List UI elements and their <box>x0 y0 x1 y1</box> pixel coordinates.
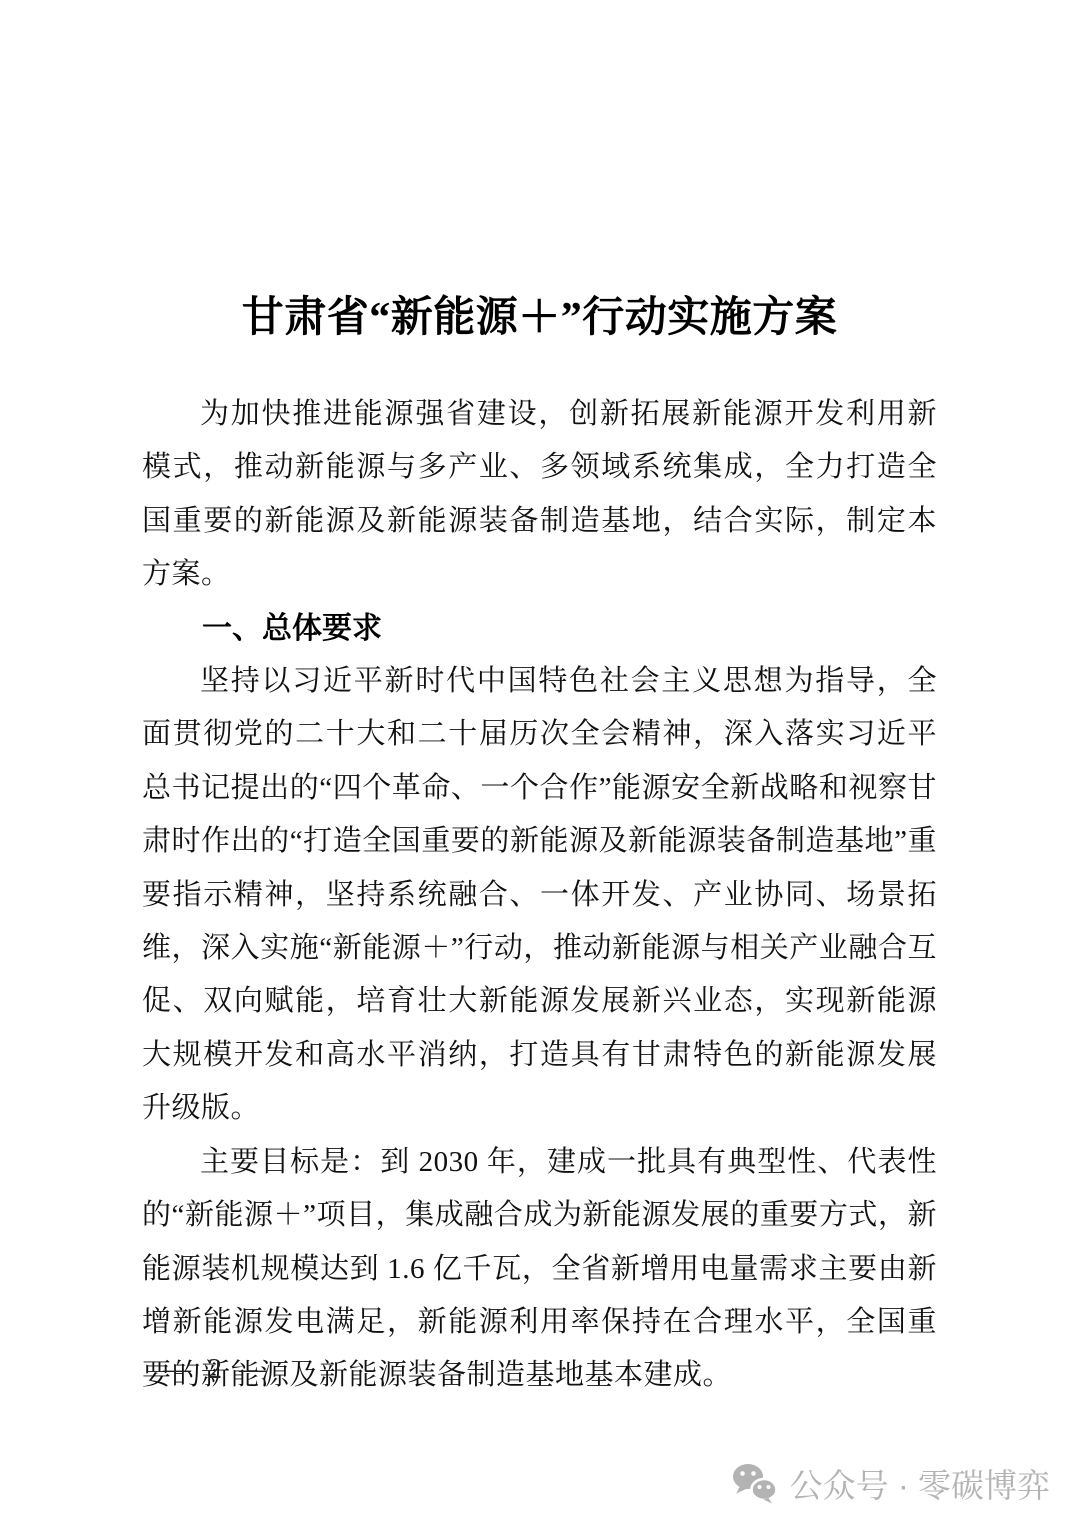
watermark: 公众号 · 零碳博弈 <box>732 1460 1050 1507</box>
section-heading-overall-requirements: 一、总体要求 <box>142 602 937 655</box>
watermark-label: 公众号 · 零碳博弈 <box>790 1460 1050 1507</box>
document-content: 甘肃省“新能源＋”行动实施方案 为加快推进能源强省建设，创新拓展新能源开发利用新… <box>142 290 937 1403</box>
page-number: — 2 — <box>163 1353 267 1387</box>
document-page: 甘肃省“新能源＋”行动实施方案 为加快推进能源强省建设，创新拓展新能源开发利用新… <box>0 0 1080 1527</box>
paragraph-intro: 为加快推进能源强省建设，创新拓展新能源开发利用新模式，推动新能源与多产业、多领域… <box>142 388 937 602</box>
document-title: 甘肃省“新能源＋”行动实施方案 <box>142 290 937 346</box>
paragraph-guiding-principles: 坚持以习近平新时代中国特色社会主义思想为指导，全面贯彻党的二十大和二十届历次全会… <box>142 655 937 1136</box>
wechat-icon <box>732 1463 778 1504</box>
